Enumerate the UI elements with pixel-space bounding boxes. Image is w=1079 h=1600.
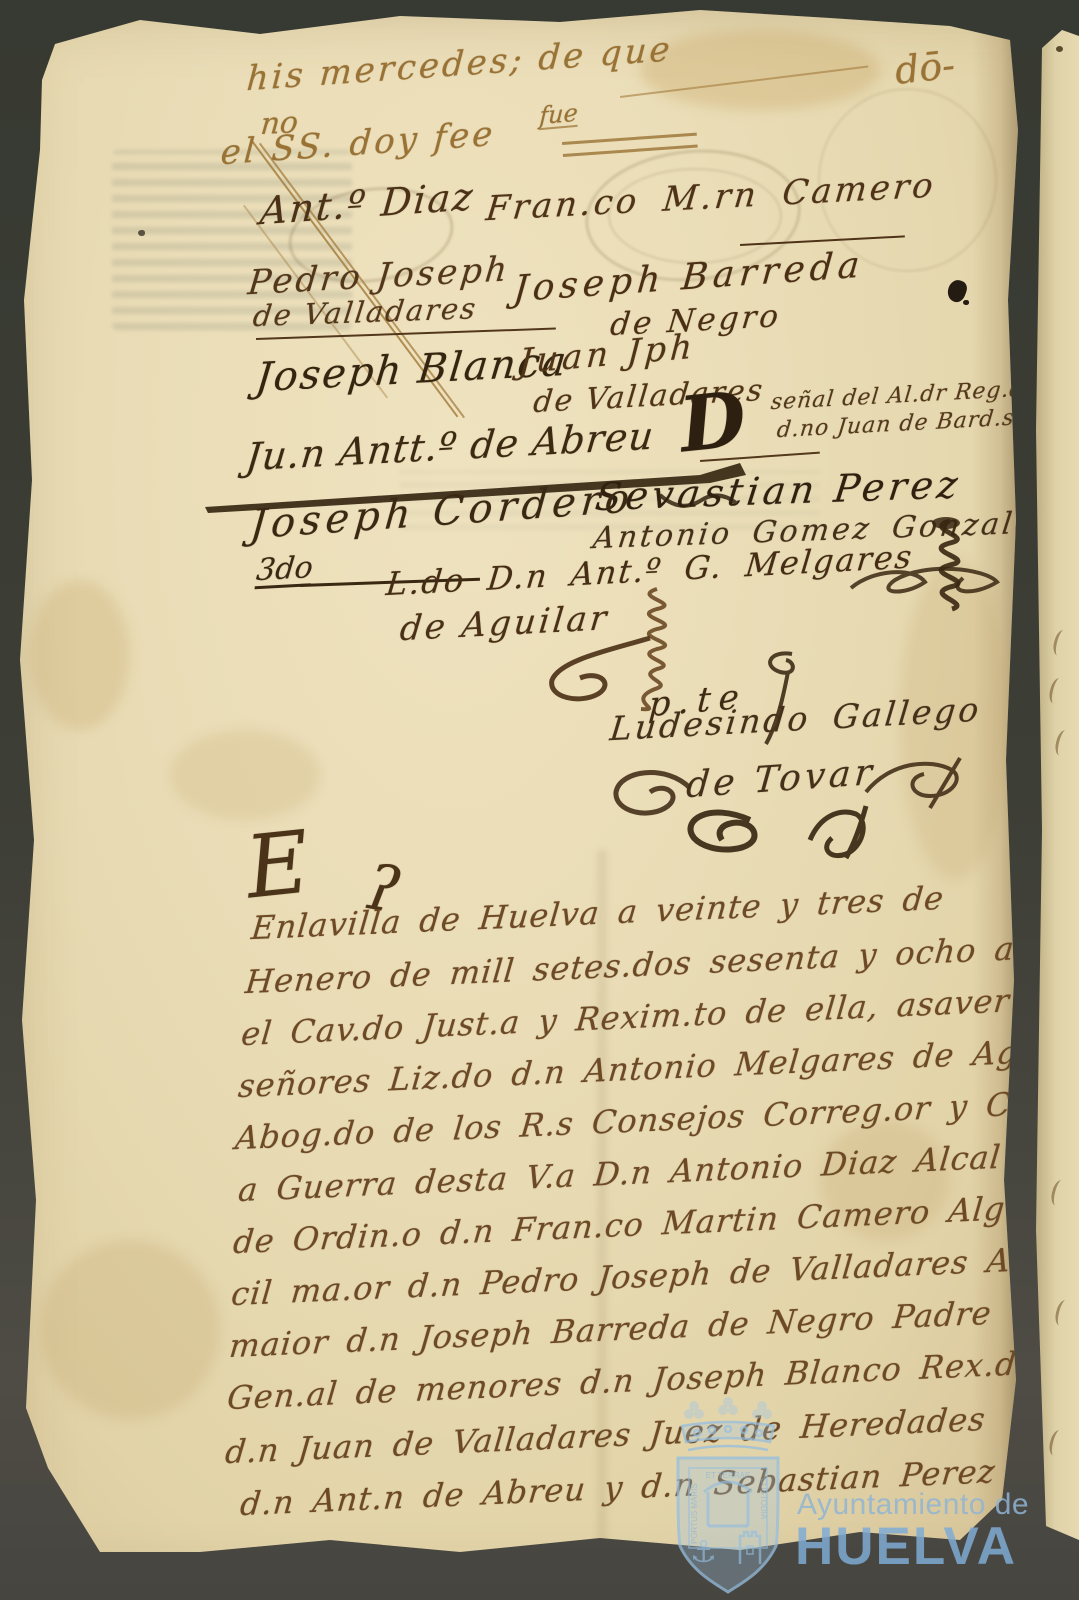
watermark-huelva-text: HUELVA <box>795 1516 1017 1577</box>
manuscript-page: his mercedes; de que fue no el SS. doy f… <box>0 0 1079 1600</box>
second-page-edge <box>1036 30 1079 1540</box>
final-rubrics <box>670 800 900 870</box>
paper-stain <box>40 1240 220 1420</box>
huelva-crest-icon: ET TERRAE PORTUS MARIS CUSTODIA ⚓ <box>664 1396 792 1596</box>
page2-ink-fragment <box>1047 1429 1066 1457</box>
page2-speck <box>1056 46 1063 52</box>
signature-bardos-initial: D <box>676 381 749 463</box>
marginal-note-superscript: fue <box>539 101 579 131</box>
page2-ink-fragment <box>1053 1299 1072 1327</box>
crest-motto-right: CUSTODIA <box>759 1478 768 1520</box>
page2-ink-fragment <box>1047 677 1066 705</box>
paper-stain <box>170 730 320 820</box>
melgares-tail-flourish <box>540 630 660 710</box>
page2-ink-fragment <box>1051 629 1070 657</box>
ink-blot <box>963 300 969 305</box>
paragraph-initial-flourish: E <box>242 819 313 911</box>
ink-speck <box>138 230 145 236</box>
paper-stain <box>30 580 130 730</box>
crest-motto-top: ET TERRAE <box>706 1471 751 1480</box>
signature-pedro-valladares-line2: de Valladares <box>251 294 479 331</box>
page2-ink-fragment <box>1053 729 1072 757</box>
folio-mark: dō- <box>893 46 957 90</box>
scanned-manuscript: his mercedes; de que fue no el SS. doy f… <box>0 0 1079 1600</box>
page2-ink-fragment <box>1049 1179 1068 1207</box>
crest-anchor-icon: ⚓ <box>690 1535 717 1570</box>
